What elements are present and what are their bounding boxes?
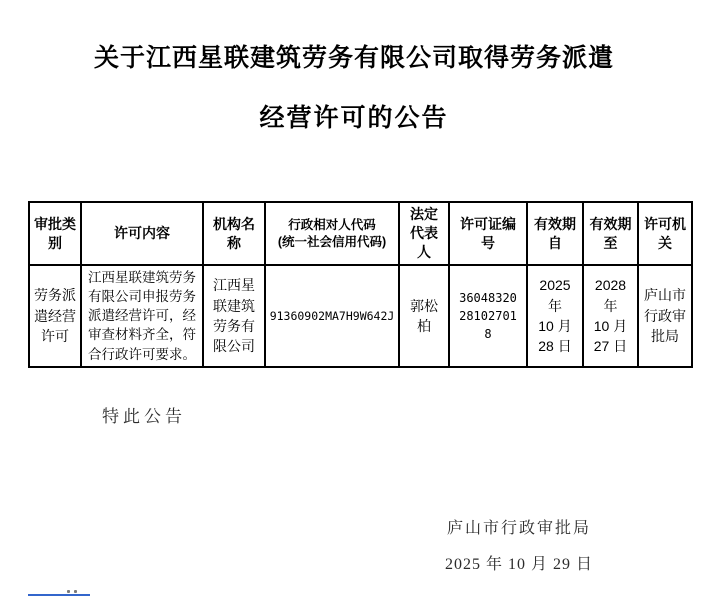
artifact-dot-left xyxy=(67,590,70,593)
cell-approval-category: 劳务派遣经营许可 xyxy=(29,265,81,367)
license-info-table: 审批类别 许可内容 机构名称 行政相对人代码 (统一社会信用代码) 法定代表人 … xyxy=(28,201,693,368)
issue-date: 2025 年 10 月 29 日 xyxy=(445,551,593,574)
artifact-dot-right xyxy=(74,590,77,593)
cell-license-content: 江西星联建筑劳务有限公司申报劳务派遣经营许可，经审查材料齐全，符合行政许可要求。 xyxy=(81,265,203,367)
header-credit-code: 行政相对人代码 (统一社会信用代码) xyxy=(265,202,399,265)
header-license-content: 许可内容 xyxy=(81,202,203,265)
table-data-row: 劳务派遣经营许可 江西星联建筑劳务有限公司申报劳务派遣经营许可，经审查材料齐全，… xyxy=(29,265,692,367)
artifact-blue-line xyxy=(28,594,90,596)
announcement-document: 关于江西星联建筑劳务有限公司取得劳务派遣 经营许可的公告 审批类别 许可内容 机… xyxy=(0,0,708,597)
document-title: 关于江西星联建筑劳务有限公司取得劳务派遣 经营许可的公告 xyxy=(0,44,708,134)
cell-org-name: 江西星联建筑劳务有限公司 xyxy=(203,265,265,367)
header-valid-from: 有效期自 xyxy=(527,202,583,265)
table-header-row: 审批类别 许可内容 机构名称 行政相对人代码 (统一社会信用代码) 法定代表人 … xyxy=(29,202,692,265)
header-authority: 许可机关 xyxy=(638,202,692,265)
cell-license-no: 36048320281027018 xyxy=(449,265,527,367)
header-license-no: 许可证编号 xyxy=(449,202,527,265)
cell-authority: 庐山市行政审批局 xyxy=(638,265,692,367)
cell-credit-code: 91360902MA7H9W642J xyxy=(265,265,399,367)
header-org-name: 机构名称 xyxy=(203,202,265,265)
issuing-authority-signature: 庐山市行政审批局 xyxy=(447,515,591,538)
header-valid-to: 有效期至 xyxy=(583,202,638,265)
closing-statement: 特此公告 xyxy=(102,402,186,427)
cell-valid-to: 2028 年 10 月 27 日 xyxy=(583,265,638,367)
header-legal-rep: 法定代表人 xyxy=(399,202,449,265)
cell-legal-rep: 郭松柏 xyxy=(399,265,449,367)
title-line-2: 经营许可的公告 xyxy=(0,104,708,134)
title-line-1: 关于江西星联建筑劳务有限公司取得劳务派遣 xyxy=(0,44,708,74)
header-approval-category: 审批类别 xyxy=(29,202,81,265)
cell-valid-from: 2025 年 10 月 28 日 xyxy=(527,265,583,367)
